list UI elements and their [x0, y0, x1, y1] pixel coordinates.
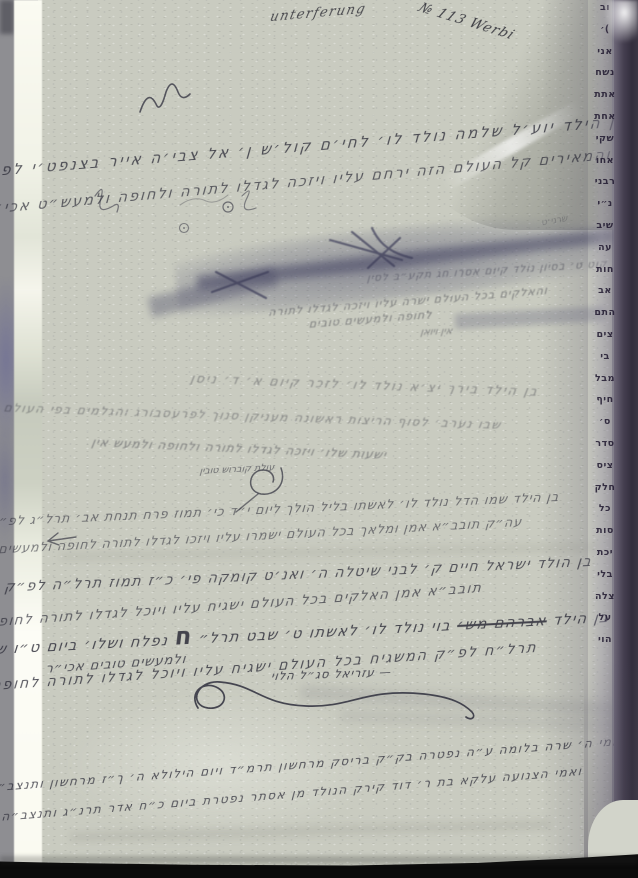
- handwritten-line: אין ויואן: [420, 326, 453, 338]
- printed-fragment: ציס: [588, 460, 622, 482]
- printed-fragment: נשח: [588, 67, 622, 89]
- page-edge-highlight: [14, 0, 42, 878]
- printed-fragment: חיף: [588, 394, 622, 416]
- printed-fragment: עה: [588, 242, 622, 264]
- printed-fragment: נ״י: [588, 198, 622, 220]
- printed-fragment: על: [588, 612, 622, 634]
- printed-fragment: בלי: [588, 569, 622, 591]
- printed-fragment: שיב: [588, 220, 622, 242]
- printed-fragment: חות: [588, 264, 622, 286]
- printed-fragment: וב: [588, 2, 622, 24]
- printed-fragment: צים: [588, 329, 622, 351]
- scan-edge-corner: [0, 0, 14, 34]
- printed-fragment: )׳: [588, 24, 622, 46]
- manuscript-scan: unterferung № 113 Werbi בן הילד יוע׳ל של…: [0, 0, 638, 878]
- printed-fragment: ס׳: [588, 416, 622, 438]
- printed-fragment: בי: [588, 351, 622, 373]
- printed-fragment: שקי: [588, 133, 622, 155]
- printed-fragment: כל: [588, 503, 622, 525]
- printed-fragment: יכת: [588, 547, 622, 569]
- printed-fragment: אני: [588, 46, 622, 68]
- printed-fragment: צלה: [588, 591, 622, 613]
- printed-fragment: הוי: [588, 634, 622, 656]
- printed-fragment: סדר: [588, 438, 622, 460]
- printed-fragment: אחו: [588, 155, 622, 177]
- bold-ink-letter: ח: [173, 622, 194, 651]
- printed-fragment: מבל: [588, 373, 622, 395]
- printed-fragment: סות: [588, 525, 622, 547]
- printed-fragment: התם: [588, 307, 622, 329]
- printed-fragment: אחת: [588, 111, 622, 133]
- printed-fragment: רבני: [588, 176, 622, 198]
- adjacent-page-text-column: וב )׳ אני נשח אתת אחת שקי אחו רבני נ״י ש…: [588, 2, 622, 656]
- printed-fragment: אתת: [588, 89, 622, 111]
- printed-fragment: חלק: [588, 482, 622, 504]
- printed-fragment: אב: [588, 285, 622, 307]
